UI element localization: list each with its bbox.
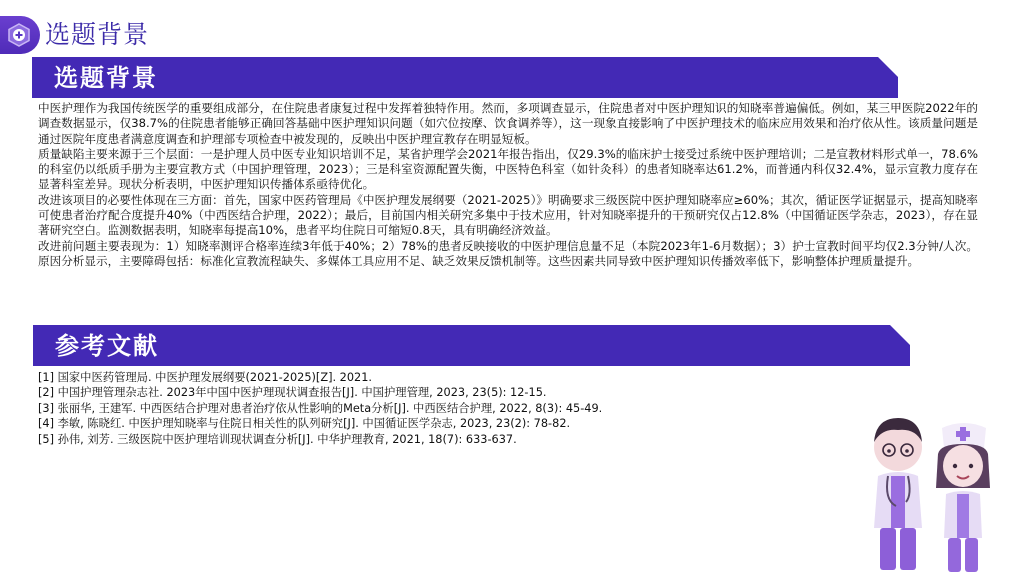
paragraph: 中医护理作为我国传统医学的重要组成部分，在住院患者康复过程中发挥着独特作用。然而…: [38, 101, 978, 147]
paragraph: 改进该项目的必要性体现在三方面：首先，国家中医药管理局《中医护理发展纲要（202…: [38, 193, 978, 239]
title-badge: [0, 16, 40, 54]
section-title-background: 选题背景: [54, 57, 158, 99]
reference-item: [4] 李敏, 陈晓红. 中医护理知晓率与住院日相关性的队列研究[J]. 中国循…: [38, 416, 738, 431]
reference-item: [1] 国家中医药管理局. 中医护理发展纲要(2021-2025)[Z]. 20…: [38, 370, 738, 385]
background-section-header: 选题背景: [32, 57, 898, 98]
paragraph: 质量缺陷主要来源于三个层面：一是护理人员中医专业知识培训不足，某省护理学会202…: [38, 147, 978, 193]
doctor-figure: [874, 418, 922, 570]
background-body: 中医护理作为我国传统医学的重要组成部分，在住院患者康复过程中发挥着独特作用。然而…: [38, 101, 978, 269]
doctor-nurse-illustration: [860, 410, 1024, 576]
section-title-references: 参考文献: [55, 325, 159, 367]
reference-item: [3] 张丽华, 王建军. 中西医结合护理对患者治疗依从性影响的Meta分析[J…: [38, 401, 738, 416]
reference-item: [2] 中国护理管理杂志社. 2023年中国中医护理现状调查报告[J]. 中国护…: [38, 385, 738, 400]
page-title: 选题背景: [45, 16, 149, 54]
hexagon-plus-icon: [7, 23, 31, 47]
reference-item: [5] 孙伟, 刘芳. 三级医院中医护理培训现状调查分析[J]. 中华护理教育,…: [38, 432, 738, 447]
nurse-figure: [936, 423, 990, 572]
reference-list: [1] 国家中医药管理局. 中医护理发展纲要(2021-2025)[Z]. 20…: [38, 370, 738, 447]
references-section-header: 参考文献: [33, 325, 910, 366]
paragraph: 改进前问题主要表现为：1）知晓率测评合格率连续3年低于40%；2）78%的患者反…: [38, 239, 978, 270]
